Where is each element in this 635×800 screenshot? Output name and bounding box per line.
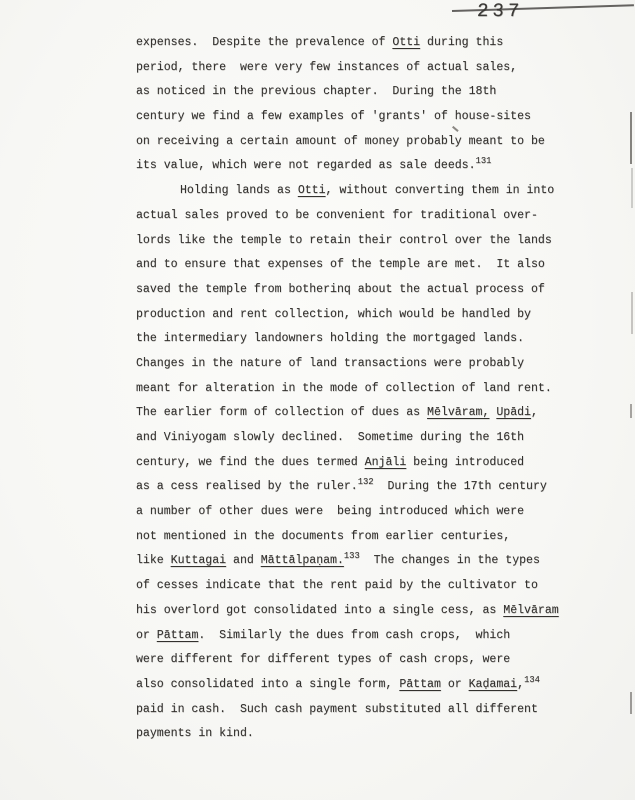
text-line: as a cess realised by the ruler.132 Duri… xyxy=(136,475,559,500)
text-line: or Pāttam. Similarly the dues from cash … xyxy=(136,624,559,649)
text-line: paid in cash. Such cash payment substitu… xyxy=(136,698,559,723)
scan-artifact xyxy=(630,692,632,714)
text-line: The earlier form of collection of dues a… xyxy=(136,401,559,426)
text-line: expenses. Despite the prevalence of Otti… xyxy=(136,31,559,56)
text-line: payments in kind. xyxy=(136,722,559,747)
text-line: were different for different types of ca… xyxy=(136,648,559,673)
text-line: lords like the temple to retain their co… xyxy=(136,229,559,254)
document-page: 237 expenses. Despite the prevalence of … xyxy=(0,0,635,800)
text-line: period, there were very few instances of… xyxy=(136,56,559,81)
scan-artifact xyxy=(631,168,633,208)
text-line: its value, which were not regarded as sa… xyxy=(136,154,559,179)
text-line: also consolidated into a single form, Pā… xyxy=(136,673,559,698)
scan-artifact xyxy=(631,292,633,334)
scan-artifact xyxy=(630,112,632,164)
page-number: 237 xyxy=(476,0,523,22)
text-line: Changes in the nature of land transactio… xyxy=(136,352,559,377)
text-line: and Viniyogam slowly declined. Sometime … xyxy=(136,426,559,451)
text-line: a number of other dues were being introd… xyxy=(136,500,559,525)
text-line: saved the temple from botherinq about th… xyxy=(136,278,559,303)
text-line: on receiving a certain amount of money p… xyxy=(136,130,559,155)
text-line: the intermediary landowners holding the … xyxy=(136,327,559,352)
text-line: not mentioned in the documents from earl… xyxy=(136,525,559,550)
text-line: century we find a few examples of 'grant… xyxy=(136,105,559,130)
text-line: and to ensure that expenses of the templ… xyxy=(136,253,559,278)
text-line: century, we find the dues termed Anjāli … xyxy=(136,451,559,476)
text-line: his overlord got consolidated into a sin… xyxy=(136,599,559,624)
text-line: of cesses indicate that the rent paid by… xyxy=(136,574,559,599)
text-line: meant for alteration in the mode of coll… xyxy=(136,377,559,402)
scan-artifact xyxy=(630,404,632,418)
text-line: as noticed in the previous chapter. Duri… xyxy=(136,80,559,105)
text-line: Holding lands as Otti, without convertin… xyxy=(136,179,559,204)
text-line: like Kuttagai and Māttālpaṇam.133 The ch… xyxy=(136,549,559,574)
page-text: expenses. Despite the prevalence of Otti… xyxy=(136,31,559,747)
text-line: production and rent collection, which wo… xyxy=(136,303,559,328)
text-line: actual sales proved to be convenient for… xyxy=(136,204,559,229)
